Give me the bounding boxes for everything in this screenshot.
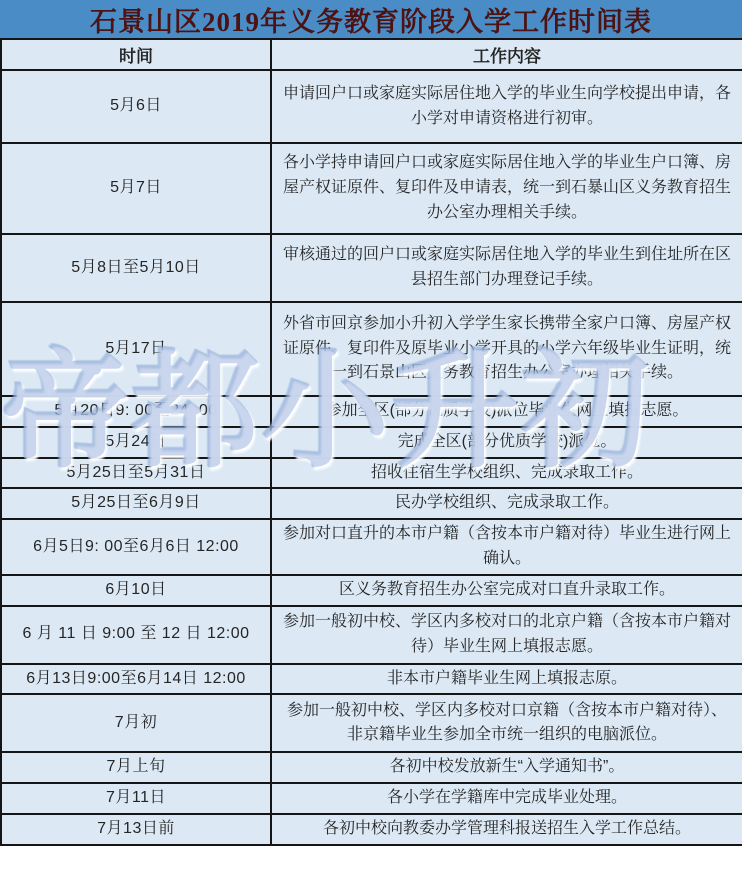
table-row: 6月10日区义务教育招生办公室完成对口直升录取工作。 xyxy=(1,575,742,606)
time-cell: 6 月 11 日 9:00 至 12 日 12:00 xyxy=(1,606,271,664)
table-row: 5月20日9: 00至24: 00参加全区(部分优质学校)派位毕业生网上填报志愿… xyxy=(1,396,742,427)
time-cell: 5月6日 xyxy=(1,70,271,143)
table-row: 7月上旬各初中校发放新生“入学通知书”。 xyxy=(1,752,742,783)
content-cell: 招收住宿生学校组织、完成录取工作。 xyxy=(271,458,742,489)
table-row: 5月8日至5月10日审核通过的回户口或家庭实际居住地入学的毕业生到住址所在区县招… xyxy=(1,234,742,302)
table-row: 6月13日9:00至6月14日 12:00非本市户籍毕业生网上填报志原。 xyxy=(1,664,742,695)
content-cell: 各小学在学籍库中完成毕业处理。 xyxy=(271,783,742,814)
time-cell: 7月11日 xyxy=(1,783,271,814)
time-cell: 5月24日 xyxy=(1,427,271,458)
time-cell: 6月5日9: 00至6月6日 12:00 xyxy=(1,519,271,575)
time-cell: 5月25日至5月31日 xyxy=(1,458,271,489)
content-cell: 参加一般初中校、学区内多校对口京籍（含按本市户籍对待）、非京籍毕业生参加全市统一… xyxy=(271,694,742,752)
table-row: 6 月 11 日 9:00 至 12 日 12:00参加一般初中校、学区内多校对… xyxy=(1,606,742,664)
time-cell: 5月8日至5月10日 xyxy=(1,234,271,302)
time-cell: 5月17日 xyxy=(1,302,271,396)
time-cell: 7月上旬 xyxy=(1,752,271,783)
content-cell: 外省市回京参加小升初入学学生家长携带全家户口簿、房屋产权证原件、复印件及原毕业小… xyxy=(271,302,742,396)
content-cell: 区义务教育招生办公室完成对口直升录取工作。 xyxy=(271,575,742,606)
content-cell: 参加一般初中校、学区内多校对口的北京户籍（含按本市户籍对待）毕业生网上填报志愿。 xyxy=(271,606,742,664)
content-cell: 非本市户籍毕业生网上填报志原。 xyxy=(271,664,742,695)
time-cell: 6月10日 xyxy=(1,575,271,606)
time-cell: 7月13日前 xyxy=(1,814,271,845)
content-cell: 审核通过的回户口或家庭实际居住地入学的毕业生到住址所在区县招生部门办理登记手续。 xyxy=(271,234,742,302)
schedule-table: 时间 工作内容 5月6日申请回户口或家庭实际居住地入学的毕业生向学校提出申请，各… xyxy=(0,38,742,846)
content-cell: 参加全区(部分优质学校)派位毕业生网上填报志愿。 xyxy=(271,396,742,427)
table-row: 5月17日外省市回京参加小升初入学学生家长携带全家户口簿、房屋产权证原件、复印件… xyxy=(1,302,742,396)
content-cell: 民办学校组织、完成录取工作。 xyxy=(271,488,742,519)
table-row: 5月24日完成全区(部分优质学校)派位。 xyxy=(1,427,742,458)
content-cell: 各小学持申请回户口或家庭实际居住地入学的毕业生户口簿、房屋产权证原件、复印件及申… xyxy=(271,143,742,234)
time-cell: 5月7日 xyxy=(1,143,271,234)
table-row: 5月7日各小学持申请回户口或家庭实际居住地入学的毕业生户口簿、房屋产权证原件、复… xyxy=(1,143,742,234)
schedule-rows: 5月6日申请回户口或家庭实际居住地入学的毕业生向学校提出申请，各小学对申请资格进… xyxy=(1,70,742,845)
table-row: 6月5日9: 00至6月6日 12:00参加对口直升的本市户籍（含按本市户籍对待… xyxy=(1,519,742,575)
content-cell: 各初中校发放新生“入学通知书”。 xyxy=(271,752,742,783)
table-row: 7月13日前各初中校向教委办学管理科报送招生入学工作总结。 xyxy=(1,814,742,845)
time-cell: 5月25日至6月9日 xyxy=(1,488,271,519)
time-cell: 7月初 xyxy=(1,694,271,752)
table-row: 5月6日申请回户口或家庭实际居住地入学的毕业生向学校提出申请，各小学对申请资格进… xyxy=(1,70,742,143)
table-row: 5月25日至5月31日招收住宿生学校组织、完成录取工作。 xyxy=(1,458,742,489)
time-cell: 6月13日9:00至6月14日 12:00 xyxy=(1,664,271,695)
content-cell: 参加对口直升的本市户籍（含按本市户籍对待）毕业生进行网上确认。 xyxy=(271,519,742,575)
enrollment-schedule-page: 石景山区2019年义务教育阶段入学工作时间表 时间 工作内容 5月6日申请回户口… xyxy=(0,0,742,885)
table-row: 5月25日至6月9日民办学校组织、完成录取工作。 xyxy=(1,488,742,519)
page-title: 石景山区2019年义务教育阶段入学工作时间表 xyxy=(0,0,742,38)
time-cell: 5月20日9: 00至24: 00 xyxy=(1,396,271,427)
table-row: 7月初参加一般初中校、学区内多校对口京籍（含按本市户籍对待）、非京籍毕业生参加全… xyxy=(1,694,742,752)
content-cell: 完成全区(部分优质学校)派位。 xyxy=(271,427,742,458)
table-row: 7月11日各小学在学籍库中完成毕业处理。 xyxy=(1,783,742,814)
time-column-header: 时间 xyxy=(1,39,271,70)
content-cell: 申请回户口或家庭实际居住地入学的毕业生向学校提出申请，各小学对申请资格进行初审。 xyxy=(271,70,742,143)
content-cell: 各初中校向教委办学管理科报送招生入学工作总结。 xyxy=(271,814,742,845)
content-column-header: 工作内容 xyxy=(271,39,742,70)
header-row: 时间 工作内容 xyxy=(1,39,742,70)
